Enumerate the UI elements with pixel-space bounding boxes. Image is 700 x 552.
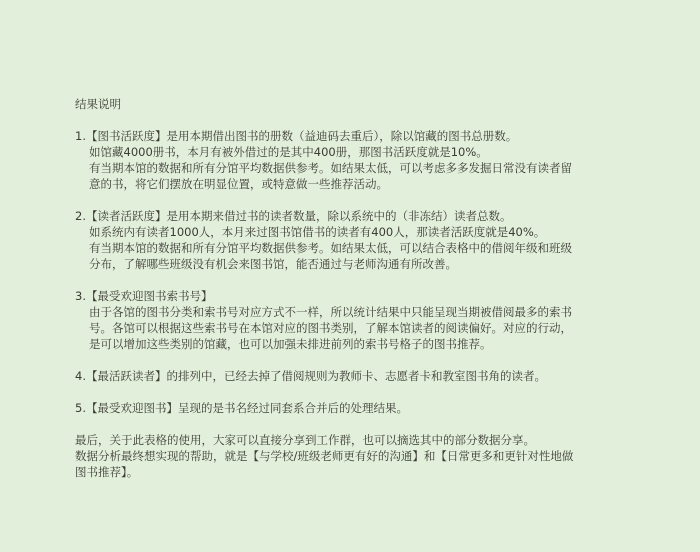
item-heading: 1.【图书活跃度】是用本期借出图书的册数（益迪码去重后），除以馆藏的图书总册数。 [75, 128, 635, 144]
item-text: 号。各馆可以根据这些索书号在本馆对应的图书类别，了解本馆读者的阅读偏好。对应的行… [75, 320, 635, 336]
explanation-item-popular-books: 5.【最受欢迎图书】呈现的是书名经过同套系合并后的处理结果。 [75, 400, 635, 416]
closing-text: 最后，关于此表格的使用，大家可以直接分享到工作群，也可以摘选其中的部分数据分享。 [75, 432, 635, 448]
closing-paragraph: 最后，关于此表格的使用，大家可以直接分享到工作群，也可以摘选其中的部分数据分享。… [75, 432, 635, 480]
closing-text: 数据分析最终想实现的帮助，就是【与学校/班级老师更有好的沟通】和【日常更多和更针… [75, 448, 635, 464]
item-heading: 4.【最活跃读者】的排列中，已经去掉了借阅规则为教师卡、志愿者卡和教室图书角的读… [75, 368, 635, 384]
explanation-item-popular-call-numbers: 3.【最受欢迎图书索书号】 由于各馆的图书分类和索书号对应方式不一样，所以统计结… [75, 288, 635, 352]
item-heading: 5.【最受欢迎图书】呈现的是书名经过同套系合并后的处理结果。 [75, 400, 635, 416]
explanation-item-reader-activity: 2.【读者活跃度】是用本期来借过书的读者数量，除以系统中的（非冻结）读者总数。 … [75, 208, 635, 272]
item-heading: 3.【最受欢迎图书索书号】 [75, 288, 635, 304]
item-text: 如系统内有读者1000人，本月来过图书馆借书的读者有400人，那读者活跃度就是4… [75, 224, 635, 240]
results-explanation-document: 结果说明 1.【图书活跃度】是用本期借出图书的册数（益迪码去重后），除以馆藏的图… [75, 96, 635, 480]
item-text: 有当期本馆的数据和所有分馆平均数据供参考。如结果太低，可以结合表格中的借阅年级和… [75, 240, 635, 256]
item-heading: 2.【读者活跃度】是用本期来借过书的读者数量，除以系统中的（非冻结）读者总数。 [75, 208, 635, 224]
explanation-item-most-active-readers: 4.【最活跃读者】的排列中，已经去掉了借阅规则为教师卡、志愿者卡和教室图书角的读… [75, 368, 635, 384]
item-text: 如馆藏4000册书，本月有被外借过的是其中400册，那图书活跃度就是10%。 [75, 144, 635, 160]
item-text: 有当期本馆的数据和所有分馆平均数据供参考。如结果太低，可以考虑多多发掘日常没有读… [75, 160, 635, 176]
item-text: 由于各馆的图书分类和索书号对应方式不一样，所以统计结果中只能呈现当期被借阅最多的… [75, 304, 635, 320]
document-title: 结果说明 [75, 96, 635, 112]
closing-text: 图书推荐】。 [75, 464, 635, 480]
item-text: 是可以增加这些类别的馆藏，也可以加强未排进前列的索书号格子的图书推荐。 [75, 336, 635, 352]
item-text: 分布，了解哪些班级没有机会来图书馆，能否通过与老师沟通有所改善。 [75, 256, 635, 272]
item-text: 意的书，将它们摆放在明显位置，或特意做一些推荐活动。 [75, 176, 635, 192]
explanation-item-book-activity: 1.【图书活跃度】是用本期借出图书的册数（益迪码去重后），除以馆藏的图书总册数。… [75, 128, 635, 192]
